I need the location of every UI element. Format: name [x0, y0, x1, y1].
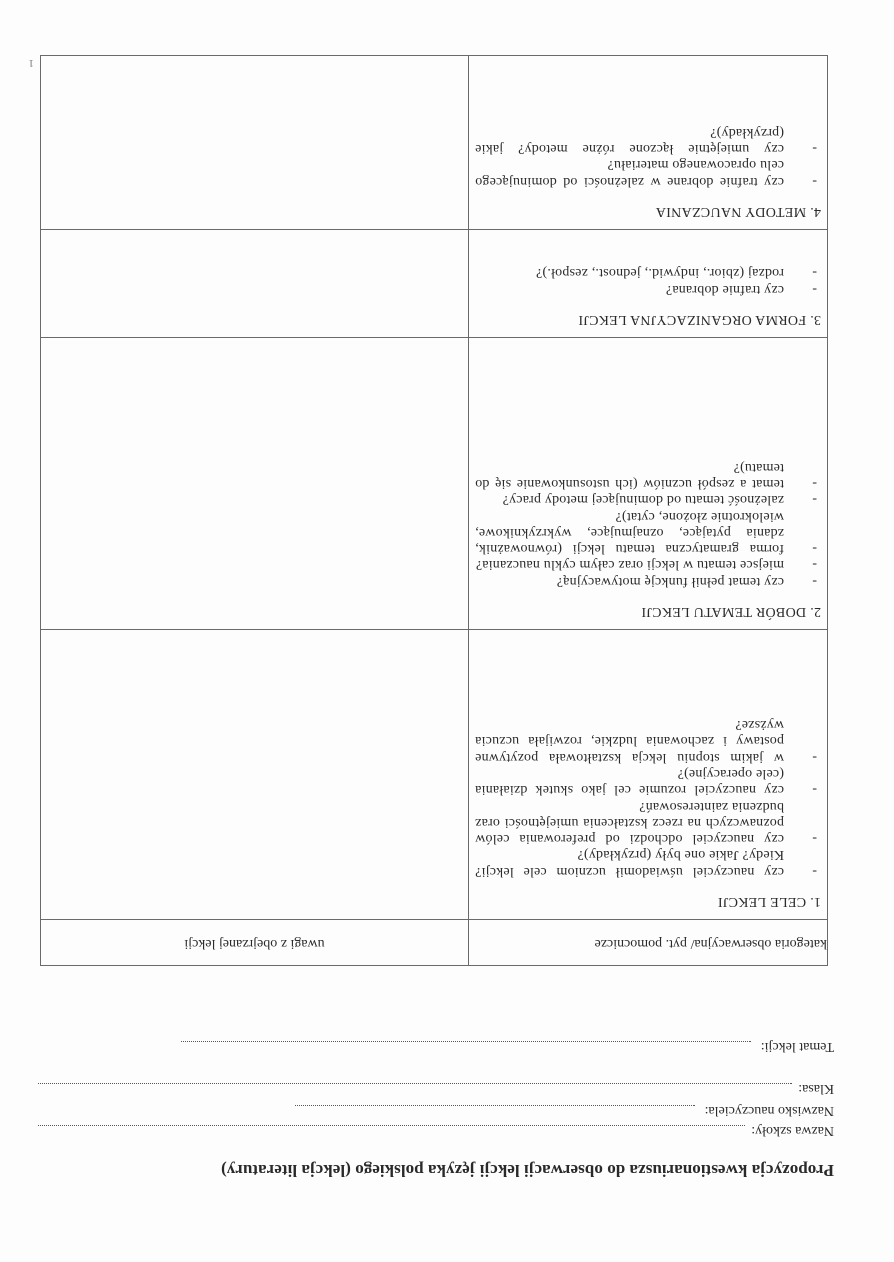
question-item: czy nauczyciel odchodzi od preferowania … — [469, 797, 827, 846]
question-item: czy temat pełnił funkcję motywacyjną? — [469, 572, 827, 588]
section-title: 4. METODY NAUCZANIA — [469, 203, 821, 219]
question-item: czy umiejętnie łączone różne metody? jak… — [469, 124, 827, 157]
school-name-field[interactable]: Nazwa szkoły: — [38, 1122, 834, 1138]
notes-area[interactable] — [41, 56, 468, 229]
teacher-name-field[interactable]: Nazwisko nauczyciela: — [38, 1102, 834, 1118]
page-number: 1 — [29, 57, 35, 69]
table-row: 2. DOBÓR TEMATU LEKCJI czy temat pełnił … — [41, 338, 828, 630]
question-item: czy trafnie dobrane w zależności od domi… — [469, 156, 827, 189]
section-title: 3. FORMA ORGANIZACYJNA LEKCJI — [469, 311, 821, 327]
category-cell: 2. DOBÓR TEMATU LEKCJI czy temat pełnił … — [469, 338, 828, 630]
question-item: miejsce tematu w lekcji oraz całym cyklu… — [469, 556, 827, 572]
question-item: czy nauczyciel rozumie cel jako skutek d… — [469, 765, 827, 798]
header-category: kategoria obserwacyjna/ pyt. pomocnicze — [469, 920, 828, 966]
question-item: czy nauczyciel uświadomił uczniom cele l… — [469, 846, 827, 879]
question-item: czy trafnie dobrana? — [469, 280, 827, 296]
teacher-name-label: Nazwisko nauczyciela: — [705, 1102, 834, 1118]
class-field[interactable]: Klasa: — [38, 1080, 834, 1096]
school-name-label: Nazwa szkoły: — [751, 1122, 834, 1138]
question-list: czy trafnie dobrana?rodzaj (zbior., indy… — [469, 264, 827, 297]
table-row: 4. METODY NAUCZANIA czy trafnie dobrane … — [41, 56, 828, 230]
notes-cell[interactable] — [41, 630, 469, 920]
school-name-input-line[interactable] — [38, 1125, 745, 1138]
question-item: zależność tematu od dominującej metody p… — [469, 491, 827, 507]
question-list: czy temat pełnił funkcję motywacyjną?mie… — [469, 458, 827, 588]
question-list: czy nauczyciel uświadomił uczniom cele l… — [469, 716, 827, 879]
section-title: 1. CELE LEKCJI — [469, 893, 821, 909]
notes-cell[interactable] — [41, 230, 469, 338]
class-label: Klasa: — [798, 1080, 834, 1096]
class-input-line[interactable] — [38, 1083, 792, 1096]
table-row: 1. CELE LEKCJI czy nauczyciel uświadomił… — [41, 630, 828, 920]
document-page: Propozycja kwestionariusza do obserwacji… — [0, 0, 894, 1262]
notes-cell[interactable] — [41, 338, 469, 630]
document-title: Propozycja kwestionariusza do obserwacji… — [54, 1160, 834, 1180]
category-cell: 3. FORMA ORGANIZACYJNA LEKCJI czy trafni… — [469, 230, 828, 338]
section-title: 2. DOBÓR TEMATU LEKCJI — [469, 603, 821, 619]
header-notes: uwagi z obejrzanej lekcji — [41, 920, 469, 966]
question-item: temat a zespół uczniów (ich ustosunkowan… — [469, 458, 827, 491]
question-item: w jakim stopniu lekcja kształtowała pozy… — [469, 716, 827, 765]
notes-area[interactable] — [41, 338, 468, 629]
table-row: 3. FORMA ORGANIZACYJNA LEKCJI czy trafni… — [41, 230, 828, 338]
notes-area[interactable] — [41, 630, 468, 919]
question-item: forma gramatyczna tematu lekcji (równowa… — [469, 507, 827, 556]
question-list: czy trafnie dobrane w zależności od domi… — [469, 124, 827, 189]
lesson-topic-field[interactable]: Temat lekcji: — [38, 1038, 834, 1054]
category-cell: 1. CELE LEKCJI czy nauczyciel uświadomił… — [469, 630, 828, 920]
notes-cell[interactable] — [41, 56, 469, 230]
lesson-topic-input-line[interactable] — [181, 1041, 751, 1054]
observation-table: kategoria obserwacyjna/ pyt. pomocnicze … — [40, 55, 828, 966]
lesson-topic-label: Temat lekcji: — [761, 1038, 834, 1054]
notes-area[interactable] — [41, 230, 468, 337]
teacher-name-input-line[interactable] — [295, 1105, 695, 1118]
category-cell: 4. METODY NAUCZANIA czy trafnie dobrane … — [469, 56, 828, 230]
question-item: rodzaj (zbior., indywid., jednost., zesp… — [469, 264, 827, 280]
table-header-row: kategoria obserwacyjna/ pyt. pomocnicze … — [41, 920, 828, 966]
